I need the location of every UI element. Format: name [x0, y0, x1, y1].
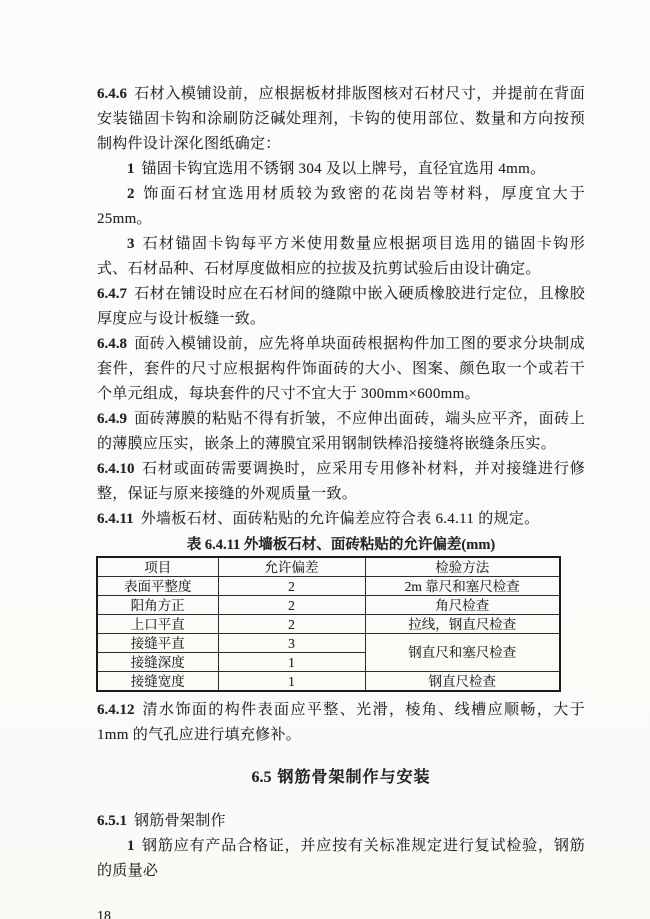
cell-item: 表面平整度: [97, 577, 218, 596]
col-header-method: 检验方法: [365, 557, 560, 577]
table-row: 接缝宽度 1 钢直尺检查: [97, 672, 560, 692]
clause-number: 6.4.9: [97, 411, 127, 427]
cell-method: 钢直尺检查: [365, 672, 560, 692]
item-number: 2: [127, 186, 135, 202]
subsection-6-5-1: 6.5.1钢筋骨架制作: [97, 809, 585, 834]
section-title: 钢筋骨架制作与安装: [277, 769, 430, 786]
clause-number: 6.4.10: [97, 461, 135, 477]
cell-tolerance: 1: [218, 672, 365, 692]
section-heading-6-5: 6.5钢筋骨架制作与安装: [97, 765, 585, 790]
cell-tolerance: 3: [218, 634, 365, 653]
item-number: 1: [127, 161, 135, 177]
table-caption: 表 6.4.11 外墙板石材、面砖粘贴的允许偏差(mm): [97, 534, 585, 556]
item-text: 石材锚固卡钩每平方米使用数量应根据项目选用的锚固卡钩形式、石材品种、石材厚度做相…: [97, 236, 585, 277]
clause-6-4-10: 6.4.10石材或面砖需要调换时，应采用专用修补材料，并对接缝进行修整，保证与原…: [97, 457, 585, 507]
page-number: 18: [97, 907, 585, 919]
clause-text: 面砖薄膜的粘贴不得有折皱，不应伸出面砖，端头应平齐，面砖上的薄膜应压实，嵌条上的…: [97, 411, 585, 452]
clause-6-4-8: 6.4.8面砖入模铺设前，应先将单块面砖根据构件加工图的要求分块制成套件，套件的…: [97, 332, 585, 407]
clause-text: 清水饰面的构件表面应平整、光滑，棱角、线槽应顺畅，大于 1mm 的气孔应进行填充…: [97, 702, 585, 743]
cell-item: 接缝宽度: [97, 672, 218, 692]
subsection-number: 6.5.1: [97, 813, 127, 829]
col-header-tolerance: 允许偏差: [218, 557, 365, 577]
cell-tolerance: 2: [218, 577, 365, 596]
item-text: 饰面石材宜选用材质较为致密的花岗岩等材料，厚度宜大于 25mm。: [97, 186, 585, 227]
clause-6-4-6: 6.4.6石材入模铺设前，应根据板材排版图核对石材尺寸，并提前在背面安装锚固卡钩…: [97, 82, 585, 157]
table-row: 接缝平直 3 钢直尺和塞尺检查: [97, 634, 560, 653]
clause-number: 6.4.11: [97, 511, 134, 527]
table-header-row: 项目 允许偏差 检验方法: [97, 557, 560, 577]
cell-method: 角尺检查: [365, 596, 560, 615]
table-row: 阳角方正 2 角尺检查: [97, 596, 560, 615]
clause-text: 石材或面砖需要调换时，应采用专用修补材料，并对接缝进行修整，保证与原来接缝的外观…: [97, 461, 585, 502]
document-page: 6.4.6石材入模铺设前，应根据板材排版图核对石材尺寸，并提前在背面安装锚固卡钩…: [0, 0, 650, 919]
cell-method-merged: 钢直尺和塞尺检查: [365, 634, 560, 672]
cell-item: 接缝深度: [97, 653, 218, 672]
cell-item: 上口平直: [97, 615, 218, 634]
item-text: 锚固卡钩宜选用不锈钢 304 及以上牌号，直径宜选用 4mm。: [142, 161, 546, 177]
clause-6-4-12: 6.4.12清水饰面的构件表面应平整、光滑，棱角、线槽应顺畅，大于 1mm 的气…: [97, 698, 585, 748]
subsection-title: 钢筋骨架制作: [134, 813, 226, 829]
clause-6-4-11: 6.4.11外墙板石材、面砖粘贴的允许偏差应符合表 6.4.11 的规定。: [97, 507, 585, 532]
clause-text: 石材入模铺设前，应根据板材排版图核对石材尺寸，并提前在背面安装锚固卡钩和涂刷防泛…: [97, 86, 585, 152]
list-item-1: 1锚固卡钩宜选用不锈钢 304 及以上牌号，直径宜选用 4mm。: [97, 157, 585, 182]
cell-tolerance: 2: [218, 596, 365, 615]
tolerance-table: 项目 允许偏差 检验方法 表面平整度 2 2m 靠尺和塞尺检查 阳角方正 2 角…: [96, 556, 561, 692]
clause-number: 6.4.8: [97, 336, 127, 352]
cell-method: 2m 靠尺和塞尺检查: [365, 577, 560, 596]
clause-number: 6.4.12: [97, 702, 135, 718]
list-item-rebar-1: 1钢筋应有产品合格证，并应按有关标准规定进行复试检验，钢筋的质量必: [97, 834, 585, 884]
cell-tolerance: 2: [218, 615, 365, 634]
cell-item: 阳角方正: [97, 596, 218, 615]
list-item-3: 3石材锚固卡钩每平方米使用数量应根据项目选用的锚固卡钩形式、石材品种、石材厚度做…: [97, 232, 585, 282]
cell-tolerance: 1: [218, 653, 365, 672]
document-content: 6.4.6石材入模铺设前，应根据板材排版图核对石材尺寸，并提前在背面安装锚固卡钩…: [97, 82, 585, 919]
clause-6-4-9: 6.4.9面砖薄膜的粘贴不得有折皱，不应伸出面砖，端头应平齐，面砖上的薄膜应压实…: [97, 407, 585, 457]
clause-6-4-7: 6.4.7石材在铺设时应在石材间的缝隙中嵌入硬质橡胶进行定位，且橡胶厚度应与设计…: [97, 282, 585, 332]
list-item-2: 2饰面石材宜选用材质较为致密的花岗岩等材料，厚度宜大于 25mm。: [97, 182, 585, 232]
clause-number: 6.4.6: [97, 86, 127, 102]
clause-text: 外墙板石材、面砖粘贴的允许偏差应符合表 6.4.11 的规定。: [141, 511, 540, 527]
clause-text: 石材在铺设时应在石材间的缝隙中嵌入硬质橡胶进行定位，且橡胶厚度应与设计板缝一致。: [97, 286, 585, 327]
col-header-item: 项目: [97, 557, 218, 577]
table-row: 表面平整度 2 2m 靠尺和塞尺检查: [97, 577, 560, 596]
item-text: 钢筋应有产品合格证，并应按有关标准规定进行复试检验，钢筋的质量必: [97, 838, 585, 879]
item-number: 1: [127, 838, 135, 854]
table-row: 上口平直 2 拉线，钢直尺检查: [97, 615, 560, 634]
section-number: 6.5: [251, 769, 271, 786]
cell-method: 拉线，钢直尺检查: [365, 615, 560, 634]
clause-text: 面砖入模铺设前，应先将单块面砖根据构件加工图的要求分块制成套件，套件的尺寸应根据…: [97, 336, 585, 402]
item-number: 3: [127, 236, 135, 252]
cell-item: 接缝平直: [97, 634, 218, 653]
clause-number: 6.4.7: [97, 286, 127, 302]
